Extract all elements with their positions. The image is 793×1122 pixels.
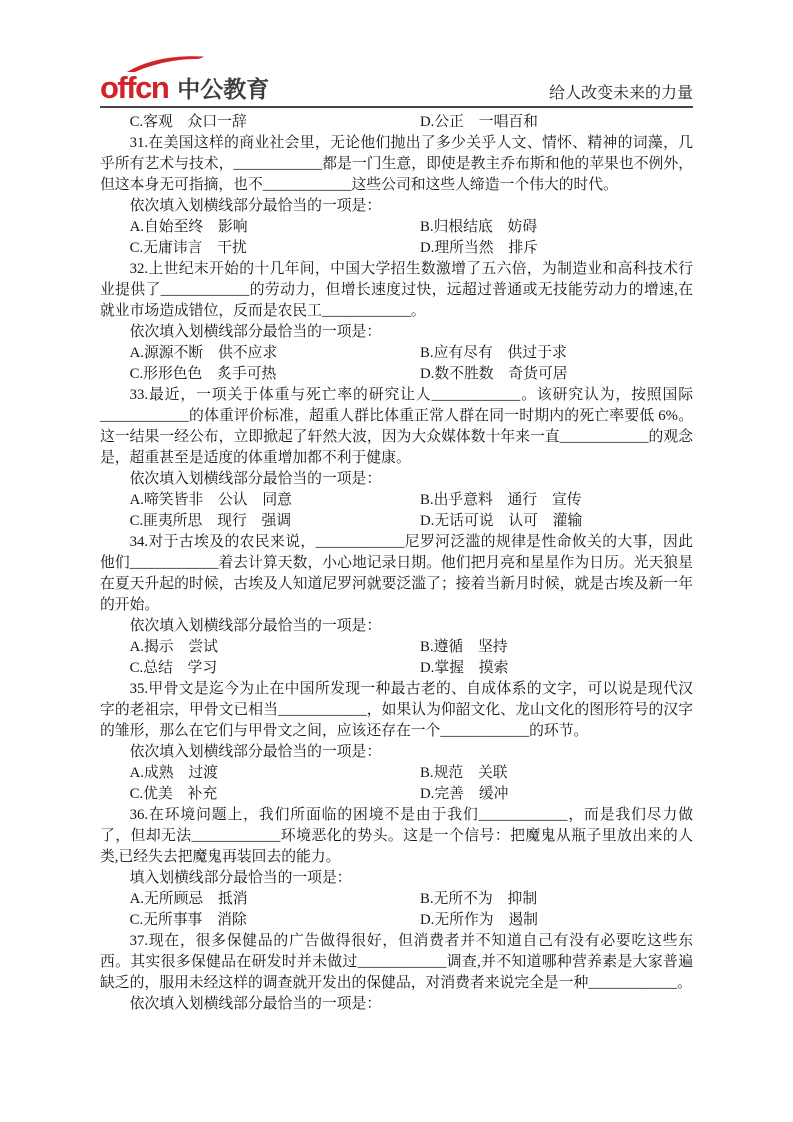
question-prompt: 依次填入划横线部分最恰当的一项是： — [100, 322, 693, 343]
question-34: 34.对于古埃及的农民来说，____________尼罗河泛滥的规律是性命攸关的… — [100, 532, 693, 679]
question-31: 31.在美国这样的商业社会里，无论他们抛出了多少关乎人文、情怀、精神的词藻，几乎… — [100, 133, 693, 259]
swoosh-icon — [127, 55, 205, 73]
option-c: C.优美 补充 — [100, 784, 420, 805]
options-row-cd: C.总结 学习 D.掌握 摸索 — [100, 658, 693, 679]
question-prompt: 依次填入划横线部分最恰当的一项是： — [100, 469, 693, 490]
option-d: D.掌握 摸索 — [420, 658, 693, 679]
question-stem: 34.对于古埃及的农民来说，____________尼罗河泛滥的规律是性命攸关的… — [100, 532, 693, 616]
question-30-options-row-cd: C.客观 众口一辞 D.公正 一唱百和 — [100, 112, 693, 133]
option-d: D.数不胜数 奇货可居 — [420, 364, 693, 385]
question-prompt: 依次填入划横线部分最恰当的一项是： — [100, 994, 693, 1015]
option-a: A.揭示 尝试 — [100, 637, 420, 658]
question-stem: 31.在美国这样的商业社会里，无论他们抛出了多少关乎人文、情怀、精神的词藻，几乎… — [100, 133, 693, 196]
question-prompt: 依次填入划横线部分最恰当的一项是： — [100, 742, 693, 763]
options-row-cd: C.优美 补充 D.完善 缓冲 — [100, 784, 693, 805]
option-b: B.遵循 坚持 — [420, 637, 693, 658]
option-b: B.无所不为 抑制 — [420, 889, 693, 910]
option-b: B.规范 关联 — [420, 763, 693, 784]
question-stem: 37.现在，很多保健品的广告做得很好，但消费者并不知道自己有没有必要吃这些东西。… — [100, 931, 693, 994]
question-prompt: 依次填入划横线部分最恰当的一项是： — [100, 196, 693, 217]
options-row-ab: A.源源不断 供不应求 B.应有尽有 供过于求 — [100, 343, 693, 364]
options-row-cd: C.无庸讳言 干扰 D.理所当然 排斥 — [100, 238, 693, 259]
option-a: A.无所顾忌 抵消 — [100, 889, 420, 910]
option-a: A.自始至终 影响 — [100, 217, 420, 238]
question-stem: 35.甲骨文是迄今为止在中国所发现一种最古老的、自成体系的文字，可以说是现代汉字… — [100, 679, 693, 742]
option-d: D.公正 一唱百和 — [420, 112, 693, 133]
option-d: D.理所当然 排斥 — [420, 238, 693, 259]
option-c: C.无庸讳言 干扰 — [100, 238, 420, 259]
option-b: B.应有尽有 供过于求 — [420, 343, 693, 364]
options-row-cd: C.无所事事 消除 D.无所作为 遏制 — [100, 910, 693, 931]
question-32: 32.上世纪末开始的十几年间，中国大学招生数激增了五六倍，为制造业和高科技术行业… — [100, 259, 693, 385]
question-prompt: 依次填入划横线部分最恰当的一项是： — [100, 616, 693, 637]
question-37: 37.现在，很多保健品的广告做得很好，但消费者并不知道自己有没有必要吃这些东西。… — [100, 931, 693, 1015]
option-c: C.形形色色 炙手可热 — [100, 364, 420, 385]
options-row-ab: A.自始至终 影响 B.归根结底 妨碍 — [100, 217, 693, 238]
question-36: 36.在环境问题上，我们所面临的困境不是由于我们____________，而是我… — [100, 805, 693, 931]
option-a: A.成熟 过渡 — [100, 763, 420, 784]
option-c: C.匪夷所思 现行 强调 — [100, 511, 420, 532]
question-33: 33.最近，一项关于体重与死亡率的研究让人____________。该研究认为，… — [100, 385, 693, 532]
option-d: D.无所作为 遏制 — [420, 910, 693, 931]
header-slogan: 给人改变未来的力量 — [549, 85, 693, 103]
question-35: 35.甲骨文是迄今为止在中国所发现一种最古老的、自成体系的文字，可以说是现代汉字… — [100, 679, 693, 805]
options-row-ab: A.无所顾忌 抵消 B.无所不为 抑制 — [100, 889, 693, 910]
options-row-ab: A.成熟 过渡 B.规范 关联 — [100, 763, 693, 784]
option-b: B.归根结底 妨碍 — [420, 217, 693, 238]
options-row-ab: A.揭示 尝试 B.遵循 坚持 — [100, 637, 693, 658]
page-header: offcn 中公教育 给人改变未来的力量 — [100, 56, 693, 108]
options-row-cd: C.形形色色 炙手可热 D.数不胜数 奇货可居 — [100, 364, 693, 385]
logo-mark: offcn — [100, 56, 168, 103]
options-row-cd: C.匪夷所思 现行 强调 D.无话可说 认可 灌输 — [100, 511, 693, 532]
option-d: D.完善 缓冲 — [420, 784, 693, 805]
options-row-ab: A.啼笑皆非 公认 同意 B.出乎意料 通行 宣传 — [100, 490, 693, 511]
option-a: A.源源不断 供不应求 — [100, 343, 420, 364]
question-stem: 32.上世纪末开始的十几年间，中国大学招生数激增了五六倍，为制造业和高科技术行业… — [100, 259, 693, 322]
option-c: C.总结 学习 — [100, 658, 420, 679]
exam-content: C.客观 众口一辞 D.公正 一唱百和 31.在美国这样的商业社会里，无论他们抛… — [100, 112, 693, 1015]
logo-brand-text: 中公教育 — [177, 78, 269, 103]
question-prompt: 填入划横线部分最恰当的一项是： — [100, 868, 693, 889]
offcn-logo: offcn 中公教育 — [100, 56, 269, 103]
question-stem: 33.最近，一项关于体重与死亡率的研究让人____________。该研究认为，… — [100, 385, 693, 469]
document-page: offcn 中公教育 给人改变未来的力量 C.客观 众口一辞 D.公正 一唱百和… — [0, 0, 793, 1015]
option-d: D.无话可说 认可 灌输 — [420, 511, 693, 532]
option-c: C.无所事事 消除 — [100, 910, 420, 931]
logo-offcn-text: offcn — [100, 72, 168, 103]
question-stem: 36.在环境问题上，我们所面临的困境不是由于我们____________，而是我… — [100, 805, 693, 868]
option-a: A.啼笑皆非 公认 同意 — [100, 490, 420, 511]
option-b: B.出乎意料 通行 宣传 — [420, 490, 693, 511]
option-c: C.客观 众口一辞 — [100, 112, 420, 133]
